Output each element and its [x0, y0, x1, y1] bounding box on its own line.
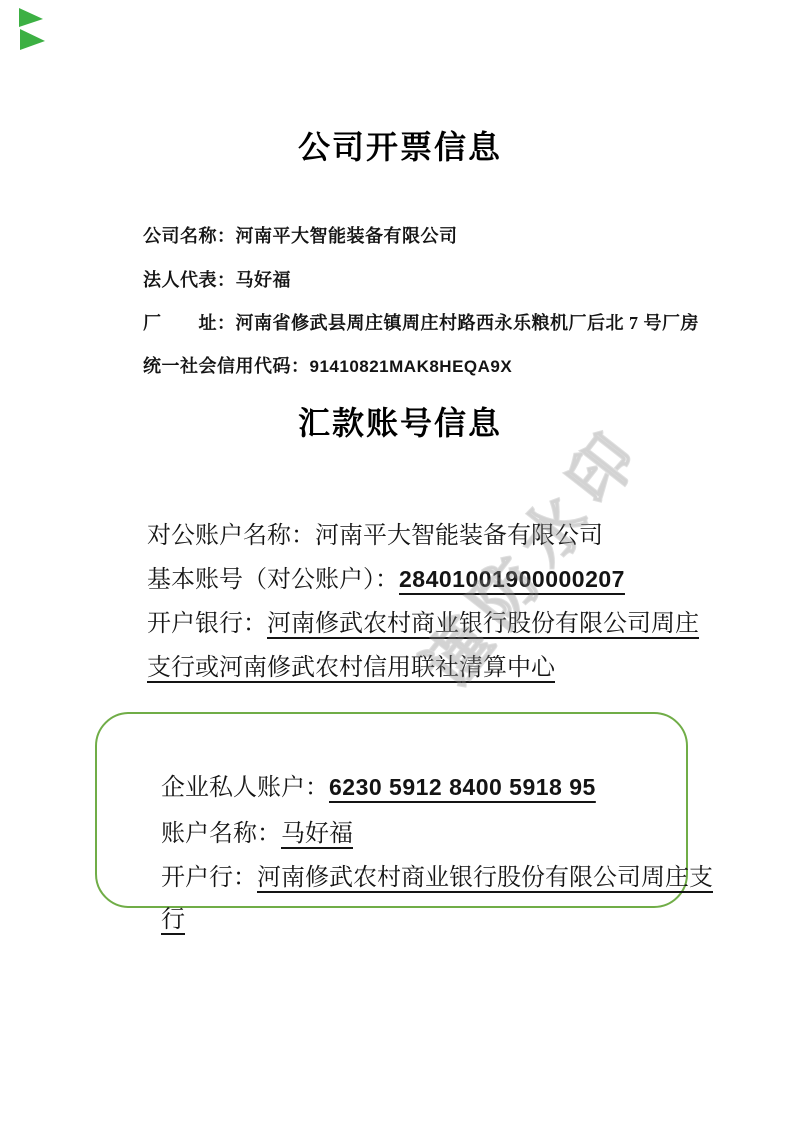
credit-code-value: 91410821MAK8HEQA9X — [310, 357, 513, 376]
green-double-triangle-icon — [16, 6, 48, 52]
credit-code-row: 统一社会信用代码：91410821MAK8HEQA9X — [123, 331, 512, 399]
private-bank-value-line-1: 河南修武农村商业银行股份有限公司周庄支 — [257, 865, 713, 891]
remittance-info-title: 汇款账号信息 — [0, 398, 800, 444]
opening-bank-value-line-2: 支行或河南修武农村信用联社清算中心 — [147, 655, 555, 681]
opening-bank-line-2: 支行或河南修武农村信用联社清算中心 — [123, 620, 555, 709]
private-bank-line-2: 行 — [125, 872, 185, 961]
legal-representative-label: 法人代表： — [143, 270, 236, 290]
private-account-box: 企业私人账户：6230 5912 8400 5918 95 账户名称：马好福 开… — [95, 712, 688, 908]
private-account-number: 6230 5912 8400 5918 95 — [329, 774, 596, 800]
company-name-label: 公司名称： — [143, 226, 236, 246]
invoice-info-title: 公司开票信息 — [0, 122, 800, 168]
green-double-triangle-icon-svg — [16, 6, 48, 52]
company-name-value: 河南平大智能装备有限公司 — [236, 226, 458, 246]
private-bank-value-line-2: 行 — [161, 907, 185, 933]
credit-code-label: 统一社会信用代码： — [143, 356, 310, 376]
private-bank-line-1: 开户行：河南修武农村商业银行股份有限公司周庄支 — [125, 830, 713, 919]
factory-address-label: 厂 址： — [143, 313, 236, 333]
factory-address-value: 河南省修武县周庄镇周庄村路西永乐粮机厂后北 7 号厂房 — [236, 313, 700, 333]
document-page: 公司开票信息 公司名称：河南平大智能装备有限公司 法人代表：马好福 厂 址：河南… — [0, 0, 800, 1131]
legal-representative-value: 马好福 — [236, 270, 292, 290]
